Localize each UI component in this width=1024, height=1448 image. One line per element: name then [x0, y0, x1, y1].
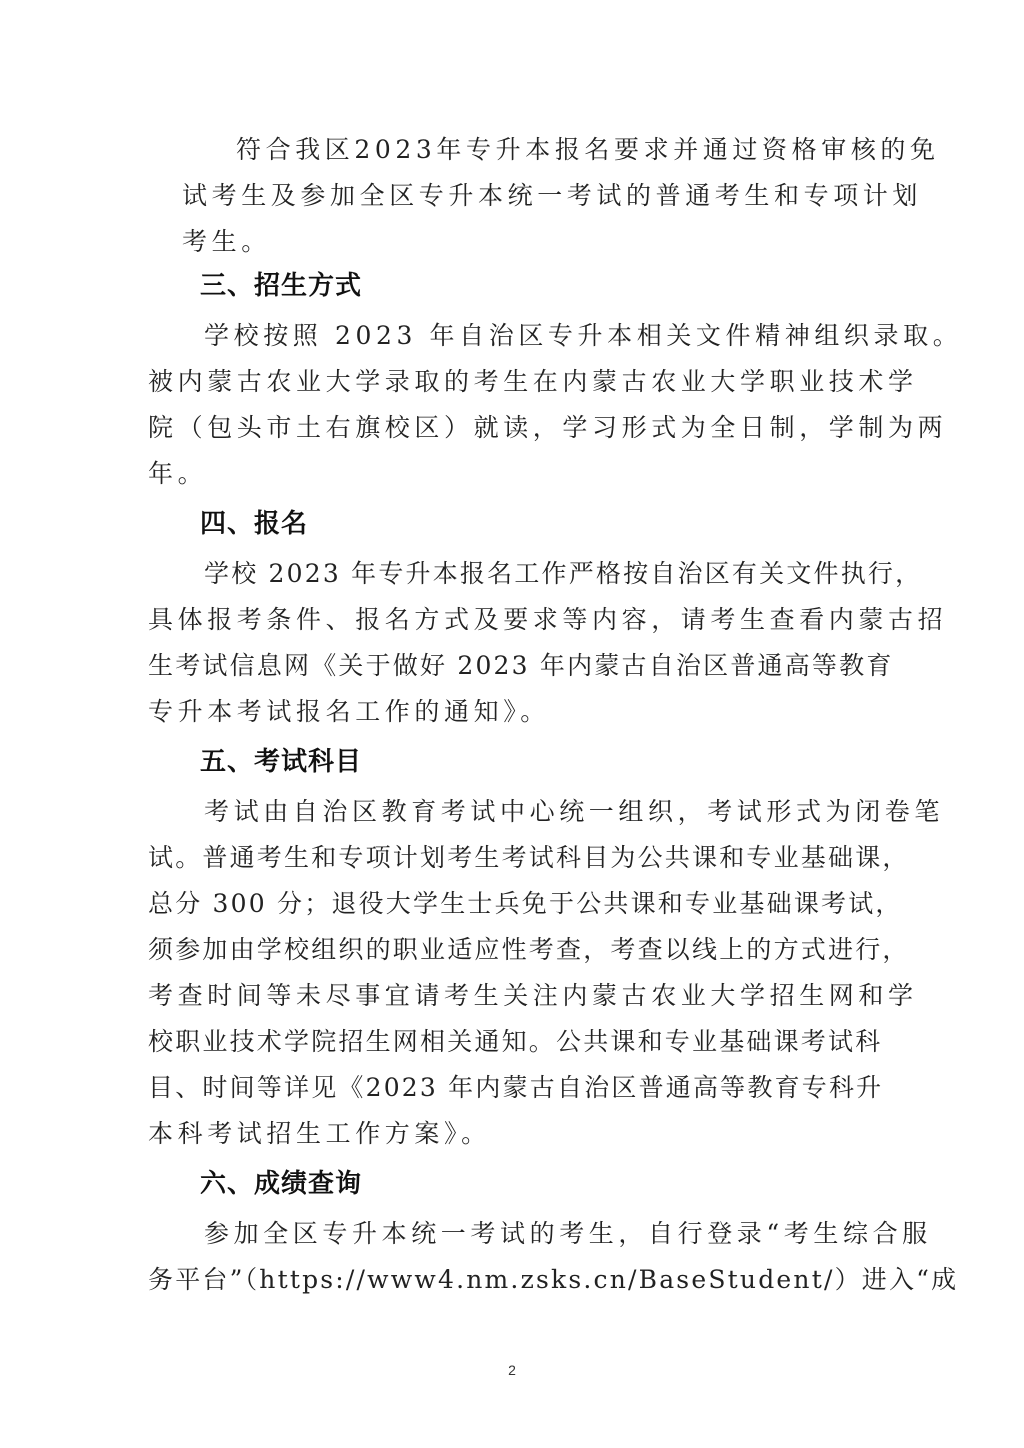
section-4-line-4: 专升本考试报名工作的通知》。 — [148, 696, 550, 728]
section-4-line-2: 具体报考条件、报名方式及要求等内容，请考生查看内蒙古招 — [148, 604, 947, 636]
section-heading-admission-method: 三、招生方式 — [200, 270, 362, 302]
section-5-line-1: 考试由自治区教育考试中心统一组织，考试形式为闭卷笔 — [204, 796, 944, 828]
section-5-line-8: 本科考试招生工作方案》。 — [148, 1118, 491, 1150]
section-5-line-5: 考查时间等未尽事宜请考生关注内蒙古农业大学招生网和学 — [148, 980, 918, 1012]
page-number: 2 — [0, 1362, 1024, 1378]
section-4-line-1: 学校 2023 年专升本报名工作严格按自治区有关文件执行， — [204, 558, 922, 590]
intro-line-3: 考生。 — [182, 226, 271, 258]
section-heading-exam-subjects: 五、考试科目 — [200, 746, 362, 778]
section-heading-registration: 四、报名 — [200, 508, 308, 540]
section-5-line-2: 试。普通考生和专项计划考生考试科目为公共课和专业基础课， — [148, 842, 910, 874]
section-3-line-2: 被内蒙古农业大学录取的考生在内蒙古农业大学职业技术学 — [148, 366, 918, 398]
section-3-line-4: 年。 — [148, 458, 207, 490]
section-6-line-2: 务平台”（https://www4.nm.zsks.cn/BaseStudent… — [148, 1264, 958, 1296]
section-6-line-1: 参加全区专升本统一考试的考生，自行登录“考生综合服 — [204, 1218, 932, 1250]
section-heading-score-inquiry: 六、成绩查询 — [200, 1168, 362, 1200]
section-5-line-6: 校职业技术学院招生网相关通知。公共课和专业基础课考试科 — [148, 1026, 882, 1058]
section-4-line-3: 生考试信息网《关于做好 2023 年内蒙古自治区普通高等教育 — [148, 650, 894, 682]
section-5-line-4: 须参加由学校组织的职业适应性考查，考查以线上的方式进行， — [148, 934, 910, 966]
section-3-line-3: 院（包头市土右旗校区）就读，学习形式为全日制，学制为两 — [148, 412, 947, 444]
section-5-line-7: 目、时间等详见《2023 年内蒙古自治区普通高等教育专科升 — [148, 1072, 883, 1104]
intro-line-1: 符合我区2023年专升本报名要求并通过资格审核的免 — [236, 134, 940, 166]
section-3-line-1: 学校按照 2023 年自治区专升本相关文件精神组织录取。 — [204, 320, 962, 352]
section-5-line-3: 总分 300 分；退役大学生士兵免于公共课和专业基础课考试， — [148, 888, 903, 920]
document-page: 符合我区2023年专升本报名要求并通过资格审核的免 试考生及参加全区专升本统一考… — [0, 0, 1024, 1448]
intro-line-2: 试考生及参加全区专升本统一考试的普通考生和专项计划 — [182, 180, 922, 212]
